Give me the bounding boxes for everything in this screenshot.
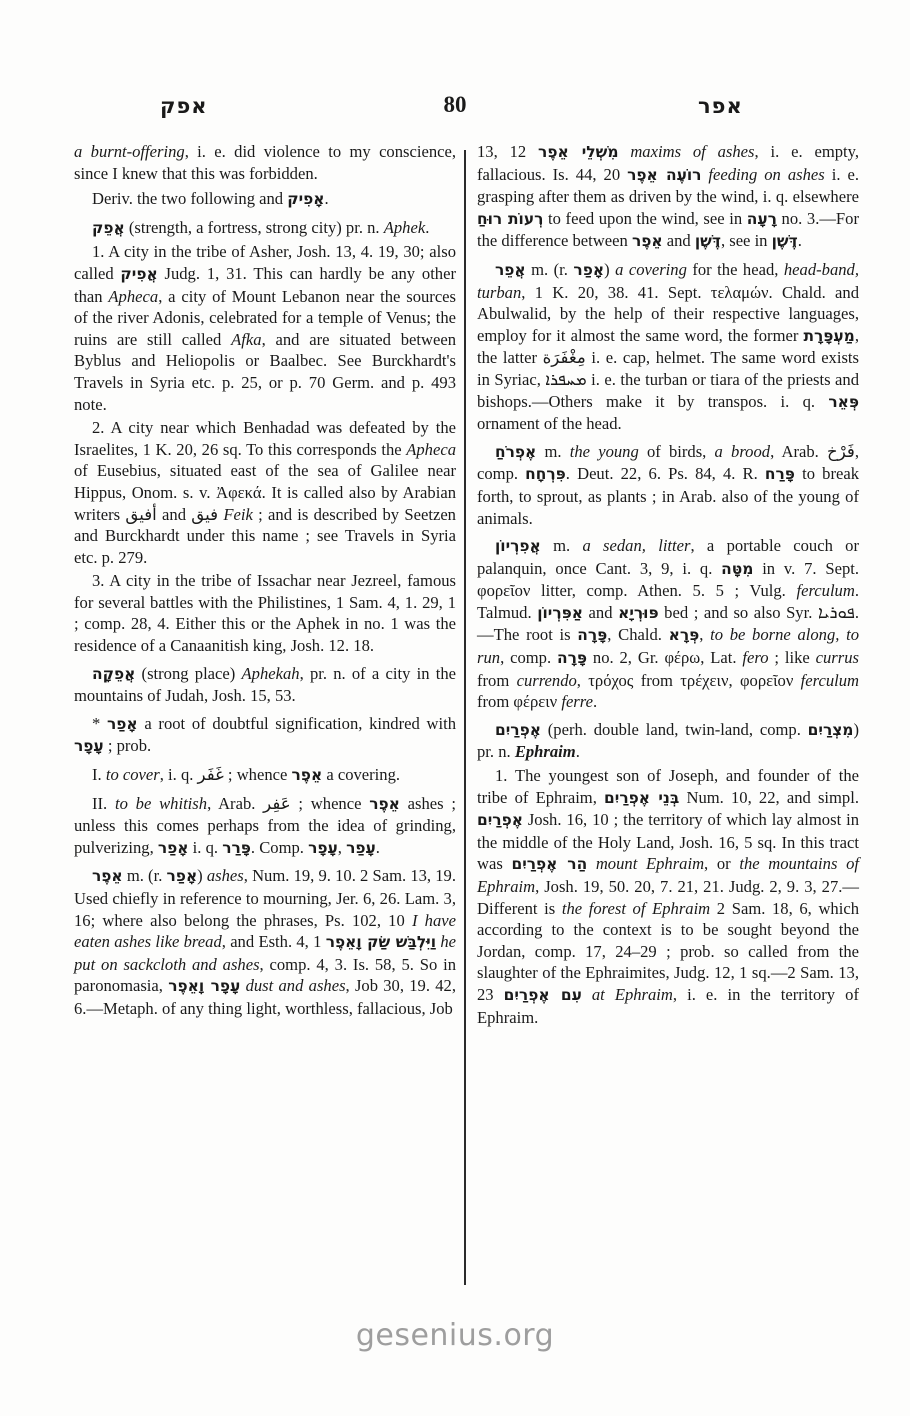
text-run: , Arab. xyxy=(207,794,263,813)
text-run: ) xyxy=(604,260,615,279)
text-run: m. xyxy=(541,536,583,555)
text-run: . Comp. xyxy=(251,838,308,857)
text-run: (strong place) xyxy=(135,664,241,683)
arabic-text: أفيق xyxy=(125,505,156,524)
text-run: * xyxy=(92,714,107,733)
text-run: Deriv. the two following and xyxy=(92,189,287,208)
italic-text: ferculum xyxy=(801,671,859,690)
text-run: , see in xyxy=(721,231,772,250)
arabic-text: عَفِر xyxy=(263,794,290,813)
hebrew-text: מַעְפָּרָת xyxy=(803,327,854,345)
hebrew-text: אָפַר xyxy=(107,715,138,733)
hebrew-text: פִּרְחָח xyxy=(525,465,566,483)
text-run: to feed upon the wind, see in xyxy=(543,209,746,228)
italic-text: the forest of Ephraim xyxy=(562,899,710,918)
entry-paragraph: I. to cover, i. q. غَفَر ; whence אֵפֶר … xyxy=(74,764,456,787)
text-run: and xyxy=(157,505,192,524)
italic-text: Apheca xyxy=(108,287,158,306)
italic-text: the young xyxy=(570,442,639,461)
italic-text: currendo xyxy=(517,671,577,690)
italic-text: Aphek xyxy=(384,218,425,237)
hebrew-text: פְּרָא xyxy=(669,626,700,644)
italic-text: ashes xyxy=(207,866,244,885)
text-run: ; like xyxy=(769,648,816,667)
text-run: ; whence xyxy=(291,794,370,813)
dictionary-page: אפק 80 אפר a burnt-offering, i. e. did v… xyxy=(0,0,910,1416)
hebrew-text: אָפַר xyxy=(167,867,198,885)
hebrew-text: פּוּרְיָא xyxy=(618,604,659,622)
hebrew-text: אֵפֶר xyxy=(632,232,663,250)
text-run: (strength, a fortress, strong city) pr. … xyxy=(125,218,384,237)
hebrew-text: אֲפֵקָה xyxy=(92,665,135,683)
hebrew-text: עִם אֶפְרַיִם xyxy=(504,986,582,1004)
bold-italic-text: Ephraim xyxy=(515,742,576,761)
text-run: m. xyxy=(536,442,569,461)
text-run: of birds, xyxy=(639,442,715,461)
hebrew-text: אֶפְרַיִם xyxy=(477,811,523,829)
hebrew-text: אָפַר xyxy=(158,839,189,857)
page-header: אפק 80 אפר xyxy=(0,92,910,126)
hebrew-text: אֶפְרַיִם xyxy=(495,721,541,739)
watermark: gesenius.org xyxy=(356,1318,554,1353)
arabic-text: فيق xyxy=(191,505,218,524)
italic-text: to cover xyxy=(106,765,160,784)
hebrew-text: מִשְׁלֵי אֵפֶר xyxy=(538,143,618,161)
paragraph: 1. A city in the tribe of Asher, Josh. 1… xyxy=(74,241,456,415)
text-run xyxy=(793,671,800,690)
greek-text: φέρω xyxy=(664,648,700,667)
text-run: , xyxy=(338,838,346,857)
text-run: . xyxy=(798,231,802,250)
greek-text: Ἀφεκά xyxy=(216,483,261,502)
italic-text: Afka xyxy=(231,330,261,349)
text-run: litter, comp. Athen. 5. 5 ; Vulg. xyxy=(530,581,796,600)
text-run: , Lat. xyxy=(700,648,742,667)
entry-paragraph: אֲפֵק (strength, a fortress, strong city… xyxy=(74,217,456,240)
hebrew-text: מִצְרַיִם xyxy=(808,721,854,739)
text-run: from xyxy=(477,671,517,690)
text-run: , 1 K. 20, 38. 41. Sept. xyxy=(521,283,711,302)
column-divider xyxy=(464,150,466,1285)
entry-paragraph: * אָפַר a root of doubtful signification… xyxy=(74,713,456,758)
italic-text: a covering xyxy=(615,260,687,279)
hebrew-text: אֵפֶר xyxy=(92,867,123,885)
text-run: i. q. xyxy=(189,838,223,857)
greek-text: τελαμών xyxy=(711,283,769,302)
text-run: Num. 10, 22, and simpl. xyxy=(679,788,859,807)
hebrew-text: פָּרָה xyxy=(577,626,607,644)
greek-text: φορεῖον xyxy=(477,581,530,600)
header-keyword-right: אפר xyxy=(698,94,743,118)
text-run: . xyxy=(593,692,597,711)
text-run: and xyxy=(663,231,695,250)
hebrew-text: פָּרַח xyxy=(765,465,795,483)
text-run: , Arab. xyxy=(770,442,827,461)
italic-text: feeding on ashes xyxy=(708,165,824,184)
hebrew-text: אֵפֶר xyxy=(369,795,400,813)
paragraph: 2. A city near which Benhadad was defeat… xyxy=(74,417,456,568)
text-run: no. 2, Gr. xyxy=(587,648,664,667)
paragraph: 1. The youngest son of Joseph, and found… xyxy=(477,765,859,1028)
italic-text: mount Ephraim xyxy=(596,854,704,873)
hebrew-text: רוֹעֶה אֵפֶר xyxy=(627,166,701,184)
hebrew-text: עָפָר וָאֵפֶר xyxy=(168,977,240,995)
text-run: , xyxy=(728,671,739,690)
hebrew-text: בְּנֵי אֶפְרַיִם xyxy=(604,789,679,807)
text-run: . xyxy=(325,189,329,208)
hebrew-text: אָפִיק xyxy=(287,190,324,208)
italic-text: a burnt-offering xyxy=(74,142,185,161)
entry-paragraph: אֶפְרַיִם (perh. double land, twin-land,… xyxy=(477,719,859,763)
text-run: (perh. double land, twin-land, comp. xyxy=(541,720,808,739)
hebrew-text: אֲפִיק xyxy=(120,265,157,283)
paragraph: 13, 12 מִשְׁלֵי אֵפֶר maxims of ashes, i… xyxy=(477,141,859,253)
text-run: bed ; and so also Syr. xyxy=(659,603,818,622)
text-run xyxy=(618,142,630,161)
text-run: from xyxy=(633,671,680,690)
greek-text: τρόχος xyxy=(588,671,633,690)
hebrew-text: אֲפִרְיוֹן xyxy=(495,537,541,555)
hebrew-text: אֲפֵר xyxy=(495,261,526,279)
text-run: , i. q. xyxy=(160,765,198,784)
arabic-text: مِغْفَرَة xyxy=(543,348,586,367)
hebrew-text: אַפִּרְיוֹן xyxy=(537,604,583,622)
text-run: , or xyxy=(704,854,739,873)
italic-text: Aphekah xyxy=(242,664,300,683)
italic-text: dust and ashes xyxy=(246,976,346,995)
text-run: 3. A city in the tribe of Issachar near … xyxy=(74,571,456,655)
text-run: ; prob. xyxy=(104,736,151,755)
italic-text: Apheca xyxy=(406,440,456,459)
italic-text: a sedan, litter xyxy=(582,536,690,555)
greek-text: τρέχειν xyxy=(680,671,728,690)
entry-paragraph: אֶפְרֹחַ m. the young of birds, a brood,… xyxy=(477,441,859,529)
entry-paragraph: אֲפֵר m. (r. אָפַר) a covering for the h… xyxy=(477,259,859,435)
text-run: , comp. xyxy=(500,648,557,667)
italic-text: maxims of ashes xyxy=(630,142,754,161)
text-run: 13, 12 xyxy=(477,142,538,161)
page-number: 80 xyxy=(0,92,910,118)
hebrew-text: וַיִּלְבַּשׁ שַׂק וָאֵפֶר xyxy=(326,933,436,951)
hebrew-text: עָפָר xyxy=(74,737,104,755)
text-run: a root of doubtful signification, kindre… xyxy=(138,714,456,733)
arabic-text: فَرْخ xyxy=(827,442,855,461)
text-run: a covering. xyxy=(322,765,400,784)
italic-text: to be whitish xyxy=(115,794,207,813)
italic-text: fero xyxy=(742,648,768,667)
text-run: . xyxy=(376,838,380,857)
italic-text: a brood xyxy=(715,442,771,461)
text-run: ornament of the head. xyxy=(477,414,622,433)
hebrew-text: פְּאֵר xyxy=(828,393,859,411)
text-run: for the head, xyxy=(687,260,784,279)
italic-text: currus xyxy=(816,648,859,667)
hebrew-text: רְעוֹת רוּחַ xyxy=(477,210,543,228)
hebrew-text: אֵפֶר xyxy=(292,766,323,784)
hebrew-text: אֶפְרֹחַ xyxy=(495,443,536,461)
entry-paragraph: אֵפֶר m. (r. אָפַר) ashes, Num. 19, 9. 1… xyxy=(74,865,456,1019)
text-run: m. (r. xyxy=(123,866,167,885)
hebrew-text: מִטָּה xyxy=(721,560,753,578)
paragraph: Deriv. the two following and אָפִיק. xyxy=(74,188,456,211)
italic-text: at Ephraim xyxy=(592,985,673,1004)
arabic-text: غَفَر xyxy=(198,765,224,784)
italic-text: ferre xyxy=(561,692,593,711)
text-run: 2. A city near which Benhadad was defeat… xyxy=(74,418,456,459)
entry-paragraph: II. to be whitish, Arab. عَفِر ; whence … xyxy=(74,793,456,860)
text-run: m. (r. xyxy=(526,260,574,279)
text-run: ; whence xyxy=(224,765,292,784)
text-run: , Chald. xyxy=(607,625,668,644)
text-run: from xyxy=(477,692,513,711)
hebrew-text: פָּרַר xyxy=(222,839,251,857)
greek-text: φέρειν xyxy=(513,692,557,711)
text-run xyxy=(582,985,592,1004)
hebrew-text: דֶּשֶׁן xyxy=(695,232,721,250)
hebrew-text: הַר אֶפְרַיִם xyxy=(511,855,587,873)
text-run: II. xyxy=(92,794,115,813)
text-run: , xyxy=(699,625,710,644)
text-run: , and Esth. 4, 1 xyxy=(222,932,326,951)
paragraph: 3. A city in the tribe of Issachar near … xyxy=(74,570,456,656)
hebrew-text: עָפַר xyxy=(346,839,376,857)
text-run: and xyxy=(583,603,618,622)
text-run: . Deut. 22, 6. Ps. 84, 4. R. xyxy=(566,464,765,483)
syriac-text: ܦܘܪܝܐ xyxy=(818,603,855,622)
syriac-text: ܡܚܦܪܐ xyxy=(545,370,586,389)
text-run: , xyxy=(577,671,588,690)
greek-text: φορεῖον xyxy=(740,671,793,690)
hebrew-text: רָעָה xyxy=(747,210,777,228)
hebrew-text: דֶּשֶׁן xyxy=(772,232,798,250)
text-run: . xyxy=(576,742,580,761)
left-column: a burnt-offering, i. e. did violence to … xyxy=(74,141,456,1020)
right-column: 13, 12 מִשְׁלֵי אֵפֶר maxims of ashes, i… xyxy=(477,141,859,1028)
paragraph: a burnt-offering, i. e. did violence to … xyxy=(74,141,456,184)
text-run xyxy=(587,854,596,873)
italic-text: Feik xyxy=(223,505,252,524)
text-run: ) xyxy=(197,866,207,885)
hebrew-text: אֲפֵק xyxy=(92,219,125,237)
hebrew-text: אָפַר xyxy=(573,261,604,279)
text-run: . xyxy=(425,218,429,237)
text-run: I. xyxy=(92,765,106,784)
entry-paragraph: אֲפִרְיוֹן m. a sedan, litter, a portabl… xyxy=(477,535,859,713)
hebrew-text: עָפָר xyxy=(308,839,338,857)
italic-text: ferculum xyxy=(796,581,854,600)
entry-paragraph: אֲפֵקָה (strong place) Aphekah, pr. n. o… xyxy=(74,663,456,707)
hebrew-text: פָּרָה xyxy=(557,649,587,667)
text-run: in v. 7. Sept. xyxy=(753,559,859,578)
